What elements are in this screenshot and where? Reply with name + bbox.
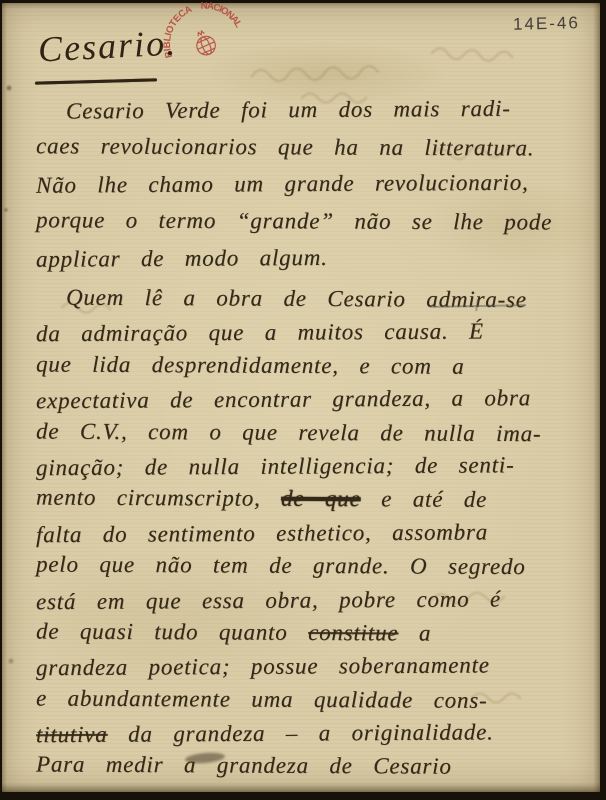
manuscript-line: falta do sentimento esthetico, assombra: [36, 515, 598, 552]
line-text: e até de: [361, 487, 488, 513]
line-text: mento circumscripto,: [36, 485, 281, 511]
manuscript-line: está em que essa obra, pobre como é: [36, 581, 598, 618]
manuscript-line: grandeza poetica; possue soberanamente: [36, 648, 598, 685]
manuscript-line: Cesario Verde foi um dos mais radi-: [36, 89, 598, 129]
manuscript-line: Não lhe chamo um grande revolucionario,: [36, 163, 598, 203]
manuscript-line: e abundantemente uma qualidade cons-: [36, 681, 598, 717]
page-title: Cesario.: [37, 21, 178, 70]
title-underline: [35, 78, 157, 84]
manuscript-line: de quasi tudo quanto constitue a: [36, 614, 598, 650]
manuscript-line: de C.V., com o que revela de nulla ima-: [36, 414, 598, 450]
line-text: a: [398, 620, 431, 645]
manuscript-line: que lida desprendidamente, e com a: [36, 347, 598, 383]
manuscript-line: expectativa de encontrar grandeza, a obr…: [36, 381, 598, 418]
paper-sheet: 14E-46 BIBLIOTECA NACIONAL Cesario.: [2, 3, 600, 792]
paragraph-2: Quem lê a obra de Cesario admira-se da a…: [36, 282, 598, 783]
manuscript-line: Para medir a grandeza de Cesario: [36, 748, 598, 784]
manuscript-text: Cesario Verde foi um dos mais radi- caes…: [36, 91, 598, 783]
manuscript-line: applicar de modo algum.: [36, 237, 598, 277]
struck-text: constitue: [308, 620, 398, 645]
stamp-emblem-icon: [191, 28, 218, 58]
manuscript-line: da admiração que a muitos causa. É: [36, 314, 598, 351]
paragraph-1: Cesario Verde foi um dos mais radi- caes…: [36, 91, 598, 276]
struck-text: de que: [281, 486, 361, 511]
archival-number: 14E-46: [513, 13, 580, 34]
line-text: de quasi tudo quanto: [36, 618, 308, 644]
struck-text: titutiva: [36, 722, 108, 747]
manuscript-line: pelo que não tem de grande. O segredo: [36, 548, 598, 584]
manuscript-line: mento circumscripto, de que e até de: [36, 481, 598, 517]
manuscript-line: porque o termo “grande” não se lhe pode: [36, 201, 598, 240]
manuscript-line: Quem lê a obra de Cesario admira-se: [36, 281, 598, 317]
manuscript-line: caes revolucionarios que ha na litteratu…: [36, 127, 598, 166]
manuscript-line: ginação; de nulla intelligencia; de sent…: [36, 448, 598, 485]
manuscript-line: titutiva da grandeza – a originalidade.: [36, 715, 598, 752]
line-text: da grandeza – a originalidade.: [107, 719, 493, 746]
